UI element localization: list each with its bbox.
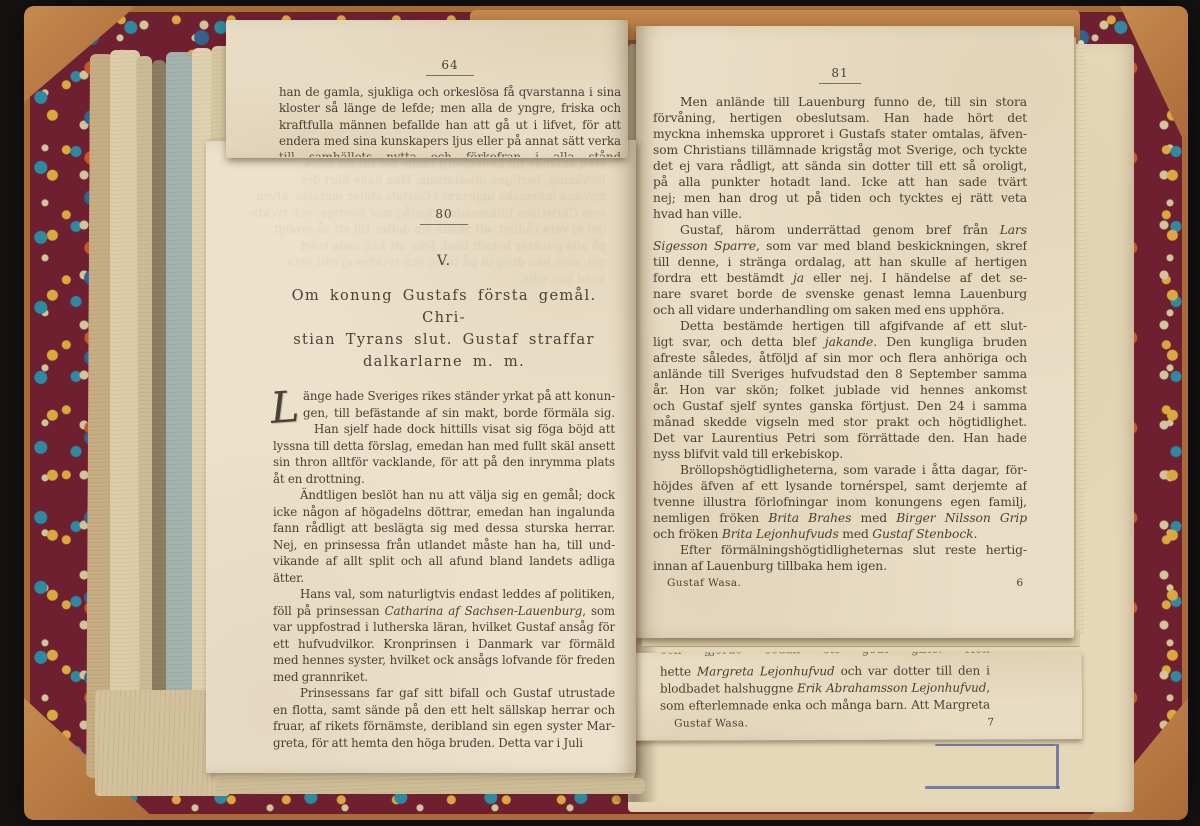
- text-line: lyssna till detta förslag, emedan han me…: [273, 438, 615, 455]
- signature-footer: Gustaf Wasa. 6: [653, 577, 1027, 589]
- text-line: och all vidare underhandling om saken me…: [653, 302, 1027, 318]
- drop-cap-initial: L: [260, 381, 310, 440]
- page-edge-strip: [215, 778, 645, 794]
- page-header: 81: [653, 66, 1027, 84]
- text-line: gen, till befästande af sin makt, borde …: [303, 405, 615, 422]
- text-line: med hennes syster, hvilket ock ansågs lo…: [273, 652, 615, 669]
- text-line: sin thron alltför vacklande, för att på …: [273, 454, 615, 471]
- text-line: ligt svar, och detta blef jakande. Den k…: [653, 334, 1027, 350]
- text-line: nej; men han drog ut på tiden och tyckte…: [653, 190, 1027, 206]
- signature-title: Gustaf Wasa.: [653, 577, 741, 589]
- page-edge-strip: [1078, 40, 1084, 636]
- endpaper-border-line: [935, 744, 1056, 746]
- text-line: Hans val, som naturligtvis endast leddes…: [273, 586, 615, 603]
- text-line: tvenne illustra förlofningar inom konung…: [653, 494, 1027, 510]
- text-line: Efter förmälningshögtidligheternas slut …: [653, 542, 1027, 558]
- text-line: blodbadet halshuggne Erik Abrahamsson Le…: [660, 680, 990, 698]
- text-line: Nej, en prinsessa från utlandet måste ha…: [273, 537, 615, 554]
- endpaper-border-line: [925, 786, 1060, 789]
- page-number-rule: [420, 224, 468, 225]
- text-line: Detta bestämde hertigen till afgifvande …: [653, 318, 1027, 334]
- signature-number: 7: [987, 717, 994, 729]
- paragraph: Gustaf, härom underrättad genom bref frå…: [653, 222, 1027, 318]
- photo-backdrop: och gjorde sedan ett godt gifte. Hon het…: [0, 0, 1200, 826]
- text-line: fann rådligt att beslägta sig med dessa …: [273, 520, 615, 537]
- page-edge-strip: [152, 60, 166, 764]
- paragraph: Men anlände till Lauenburg funno de, til…: [653, 94, 1027, 222]
- text-line: förvåning, hertigen obeslutsam. Han hade…: [653, 110, 1027, 126]
- page-number-rule: [819, 83, 861, 84]
- text-line: Gustaf, härom underrättad genom bref frå…: [653, 222, 1027, 238]
- text-line: på alla punkter hotadt land. Icke att ha…: [653, 174, 1027, 190]
- text-line: Han sjelf hade dock hittills visat sig f…: [314, 421, 615, 438]
- fragment-page: och gjorde sedan ett godt gifte. Hon het…: [630, 651, 1082, 741]
- chapter-number: V.: [273, 253, 615, 269]
- paragraph: Länge hade Sveriges rikes ständer yrkat …: [273, 388, 615, 487]
- text-line: innan af Lauenburg tillbaka hem igen.: [653, 558, 1027, 574]
- text-line: änge hade Sveriges rikes ständer yrkat p…: [303, 388, 615, 405]
- text-line: till denne, i stränga ordalag, att han s…: [653, 254, 1027, 270]
- page-number: 81: [831, 66, 848, 80]
- text-line: var uppfostrad i lutherska läran, hvilke…: [273, 619, 615, 636]
- text-line: kloster så länge de lefde; men alla de y…: [279, 100, 621, 116]
- text-line: fruar, af rikets förnämste, deribland si…: [273, 718, 615, 735]
- text-line: icke någon af högadelns döttrar, emedan …: [273, 504, 615, 521]
- page-number-rule: [426, 75, 474, 76]
- text-line: han de gamla, sjukliga och orkeslösa få …: [279, 84, 621, 100]
- clipped-text-line: till samhällets nytta och förkofran i al…: [279, 149, 621, 157]
- fragment-text: hette Margreta Lejonhufvud och var dotte…: [660, 663, 990, 715]
- text-line: nare svaret borde de svenske genast lemn…: [653, 286, 1027, 302]
- text-line: afreste således, åtföljd af sin mor och …: [653, 350, 1027, 366]
- paragraph: Bröllopshögtidligheterna, som varade i å…: [653, 462, 1027, 542]
- text-line: endera med sina kunskapers ljus eller på…: [279, 133, 621, 149]
- text-line: Bröllopshögtidligheterna, som varade i å…: [653, 462, 1027, 478]
- text-line: Prinsessans far gaf sitt bifall och Gust…: [273, 685, 615, 702]
- endpaper-border-line: [1056, 744, 1059, 789]
- text-line: ätter.: [273, 570, 615, 587]
- page-81-leaf: 81 Men anlände till Lauenburg funno de, …: [636, 26, 1074, 638]
- clipped-text-line: och gjorde sedan ett godt gifte. Hon: [660, 652, 990, 659]
- text-line: Sigesson Sparre, som var med bland beski…: [653, 238, 1027, 254]
- text-line: år. Hon var skön; folket jublade vid hen…: [653, 382, 1027, 398]
- paragraph: Efter förmälningshögtidligheternas slut …: [653, 542, 1027, 574]
- signature-title: Gustaf Wasa.: [660, 717, 748, 729]
- page-number: 80: [435, 207, 452, 221]
- page-81-text: Men anlände till Lauenburg funno de, til…: [653, 94, 1027, 574]
- text-line: som efterlemnade enka och många barn. At…: [660, 697, 990, 715]
- text-line: vikande af allt split och all afund blan…: [273, 553, 615, 570]
- text-line: föll på prinsessan Catharina af Sachsen-…: [273, 603, 615, 620]
- text-line: en flotta, samt sände på den ett helt sä…: [273, 702, 615, 719]
- book-cover: och gjorde sedan ett godt gifte. Hon het…: [24, 6, 1188, 820]
- text-line: som Christians tillämnade krigståg mot S…: [653, 142, 1027, 158]
- page-80-leaf: Men anlände till Lauenburg funno de, til…: [206, 140, 636, 773]
- text-line: månad skedde vigseln med stor prakt och …: [653, 414, 1027, 430]
- page-64-text: han de gamla, sjukliga och orkeslösa få …: [279, 84, 621, 149]
- page-64-leaf: 64 han de gamla, sjukliga och orkeslösa …: [226, 20, 628, 158]
- text-line: hvad han ville.: [653, 206, 1027, 222]
- page-number: 64: [441, 58, 458, 72]
- page-header: 64: [279, 58, 621, 76]
- paragraph: Prinsessans far gaf sitt bifall och Gust…: [273, 685, 615, 751]
- text-line: och Gustaf sjelf syntes ganska förtjust.…: [653, 398, 1027, 414]
- page-header: 80: [273, 207, 615, 225]
- text-line: greta, för att hemta den höga bruden. De…: [273, 735, 615, 752]
- text-line: nemligen fröken Brita Brahes med Birger …: [653, 510, 1027, 526]
- paragraph: Ändtligen beslöt han nu att välja sig en…: [273, 487, 615, 586]
- text-line: det ej vara rådligt, att sända sin dotte…: [653, 158, 1027, 174]
- text-line: ett hufvudvilkor. Kronprinsen i Danmark …: [273, 636, 615, 653]
- signature-number: 6: [1016, 577, 1027, 589]
- blue-interleaf-edge: [166, 52, 192, 780]
- chapter-heading: Om konung Gustafs första gemål. Chri- st…: [273, 285, 615, 373]
- text-line: fordra ett bestämdt ja eller nej. I händ…: [653, 270, 1027, 286]
- text-line: Det var Laurentius Petri som förrättade …: [653, 430, 1027, 446]
- paragraph: Hans val, som naturligtvis endast leddes…: [273, 586, 615, 685]
- text-line: hette Margreta Lejonhufvud och var dotte…: [660, 663, 990, 681]
- paragraph: Detta bestämde hertigen till afgifvande …: [653, 318, 1027, 462]
- page-edge-strip: [110, 50, 140, 786]
- text-line: nyss blifvit vald till erkebiskop.: [653, 446, 1027, 462]
- text-line: Ändtligen beslöt han nu att välja sig en…: [273, 487, 615, 504]
- text-line: med grannriket.: [273, 669, 615, 686]
- page-80-text: Länge hade Sveriges rikes ständer yrkat …: [273, 388, 615, 751]
- text-line: kraftfulla männen befallde han att gå ut…: [279, 117, 621, 133]
- text-line: Men anlände till Lauenburg funno de, til…: [653, 94, 1027, 110]
- text-line: anlände till Sveriges hufvudstad den 8 S…: [653, 366, 1027, 382]
- paragraph: hette Margreta Lejonhufvud och var dotte…: [660, 663, 990, 715]
- text-line: och fröken Brita Lejonhufvuds med Gustaf…: [653, 526, 1027, 542]
- text-line: åt en drottning.: [273, 471, 615, 488]
- signature-footer: Gustaf Wasa. 7: [660, 717, 990, 730]
- text-line: myckna inhemska upproret i Gustafs state…: [653, 126, 1027, 142]
- paragraph: han de gamla, sjukliga och orkeslösa få …: [279, 84, 621, 149]
- text-line: höjdes äfven af ett lysande tornérspel, …: [653, 478, 1027, 494]
